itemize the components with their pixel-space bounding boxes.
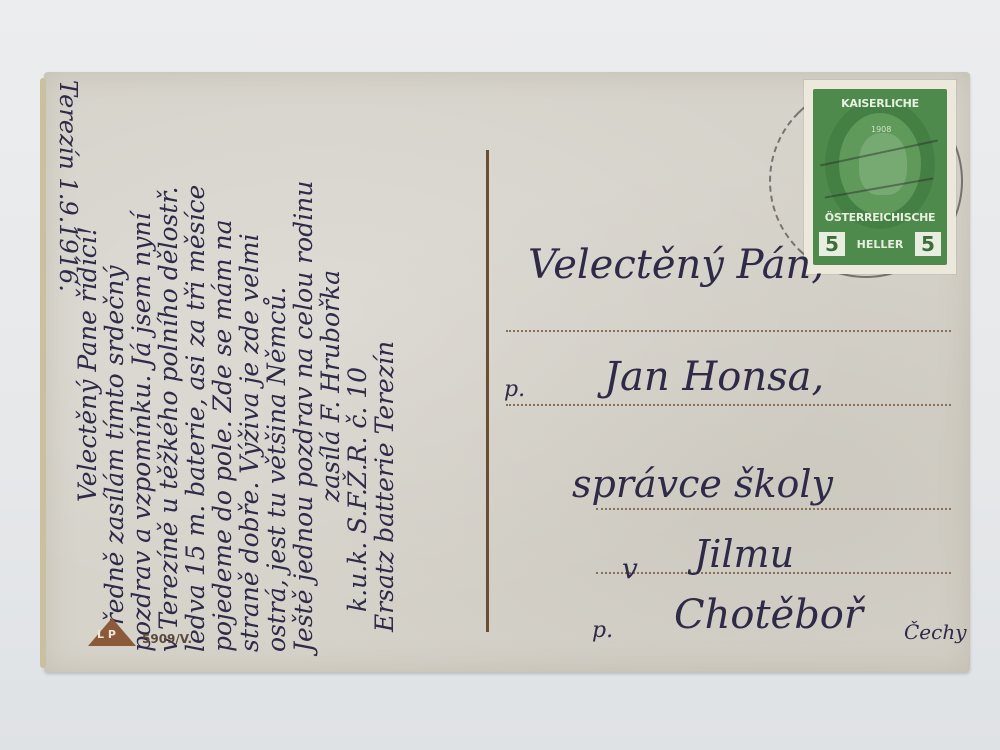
message-signature: zasílá F. Hrubořka — [317, 92, 344, 652]
address-place-prefix: v — [622, 552, 638, 585]
stamp-value-right: 5 — [915, 232, 941, 256]
card-edge — [40, 78, 46, 668]
address-region: Čechy — [904, 620, 967, 644]
message-unit-location: Ersatz batterie Terezín — [371, 92, 398, 652]
stamp-bottom-text: ÖSTERREICHISCHE — [813, 211, 947, 224]
message-line: ledva 15 m. baterie, asi za tři měsíce — [182, 92, 209, 652]
message-line: Předně zasílám tímto srdečný — [101, 92, 128, 652]
message-date: Terezín 1.9.1916. — [54, 80, 82, 292]
address-post-prefix: p. — [592, 618, 613, 643]
address-post-office: Chotěboř — [674, 592, 863, 638]
message-line: pozdrav a vzpomínku. Já jsem nyní — [128, 92, 155, 652]
address-salutation: Velectěný Pán, — [528, 242, 824, 288]
address-line — [596, 508, 951, 510]
address-place: Jilmu — [694, 532, 794, 576]
stamp-value-bar: 5 HELLER 5 — [819, 231, 941, 257]
postcard: Velectěný Pane řídící! Předně zasílám tí… — [44, 72, 970, 672]
address-recipient: Jan Honsa, — [604, 354, 824, 400]
stamp-top-text: KAISERLICHE — [813, 97, 947, 110]
message-block: Velectěný Pane řídící! Předně zasílám tí… — [74, 92, 398, 652]
publisher-logo-text: L P — [97, 628, 116, 641]
message-line: pojedeme do pole. Zde se mám na — [209, 92, 236, 652]
message-line: straně dobře. Výživa je zde velmi — [236, 92, 263, 652]
postage-stamp: 1908 KAISERLICHE ÖSTERREICHISCHE 5 HELLE… — [804, 80, 956, 274]
message-line: v Terezíně u těžkého polního dělostř. — [155, 92, 182, 652]
address-recipient-prefix: p. — [504, 377, 525, 402]
stamp-year: 1908 — [871, 125, 891, 134]
series-number: 5909/V. — [142, 632, 192, 646]
address-line — [506, 404, 951, 406]
address-line — [506, 330, 951, 332]
address-title: správce školy — [572, 462, 833, 506]
stamp-currency: HELLER — [857, 238, 904, 251]
message-unit: k.u.k. S.F.Ž.R. č. 10 — [344, 92, 371, 652]
address-divider — [486, 150, 489, 632]
message-line: ostrá, jest tu většina Němců. — [263, 92, 290, 652]
message-line: Ještě jednou pozdrav na celou rodinu — [290, 92, 317, 652]
stamp-design: 1908 KAISERLICHE ÖSTERREICHISCHE 5 HELLE… — [813, 89, 947, 265]
